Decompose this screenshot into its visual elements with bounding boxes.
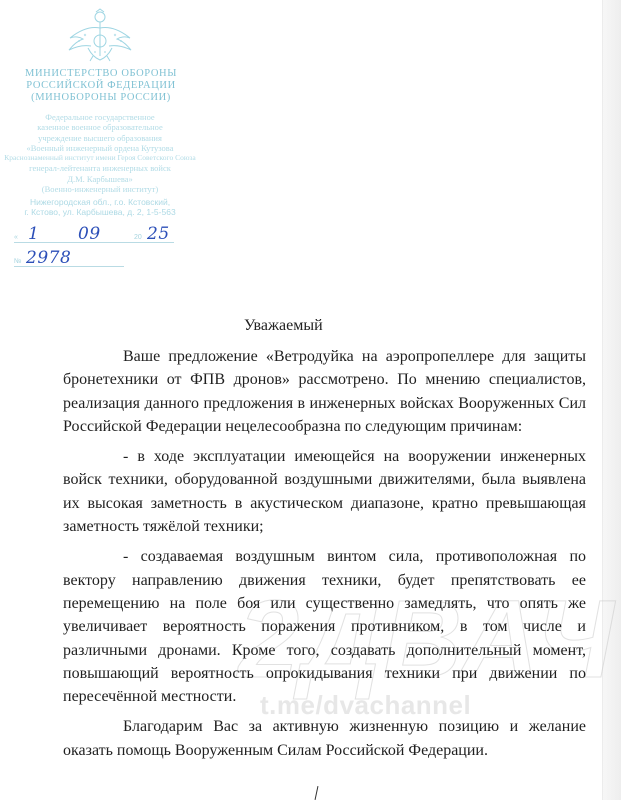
letter-body: Ваше предложение «Ветродуйка на аэропроп… xyxy=(63,345,586,762)
institution-line: Краснознаменный институт имени Героя Сов… xyxy=(0,153,200,163)
pen-mark xyxy=(315,786,319,800)
institution-name: Федеральное государственное казенное вое… xyxy=(0,112,200,194)
number-sign-label: № xyxy=(14,258,22,265)
institution-line: Д.М. Карбышева» xyxy=(0,174,200,184)
document-page: МИНИСТЕРСТВО ОБОРОНЫ РОССИЙСКОЙ ФЕДЕРАЦИ… xyxy=(0,0,621,800)
registration-number-field: № 2978 xyxy=(14,246,124,267)
paragraph-proposal-reviewed: Ваше предложение «Ветродуйка на аэропроп… xyxy=(63,345,586,438)
institution-address: Нижегородская обл., г.о. Кстовский, г. К… xyxy=(0,197,200,217)
address-line: Нижегородская обл., г.о. Кстовский, xyxy=(0,197,200,207)
ministry-line: МИНИСТЕРСТВО ОБОРОНЫ xyxy=(6,68,196,80)
paragraph-reason-acoustic: - в ходе эксплуатации имеющейся на воору… xyxy=(63,445,586,538)
institution-line: «Военный инженерный ордена Кутузова xyxy=(0,143,200,153)
date-quote-label: « xyxy=(14,234,18,241)
ministry-line: РОССИЙСКОЙ ФЕДЕРАЦИИ xyxy=(6,80,196,92)
ministry-name: МИНИСТЕРСТВО ОБОРОНЫ РОССИЙСКОЙ ФЕДЕРАЦИ… xyxy=(6,68,196,104)
institution-line: Федеральное государственное xyxy=(0,112,200,122)
year-prefix-label: 20 xyxy=(134,234,142,241)
institution-line: (Военно-инженерный институт) xyxy=(0,184,200,194)
institution-line: генерал-лейтенанта инженерных войск xyxy=(0,163,200,173)
ministry-line: (МИНОБОРОНЫ РОССИИ) xyxy=(6,92,196,104)
handwritten-day: 1 xyxy=(28,224,39,244)
handwritten-year: 25 xyxy=(147,224,170,244)
paragraph-thanks: Благодарим Вас за активную жизненную поз… xyxy=(63,715,586,762)
handwritten-number: 2978 xyxy=(26,248,71,268)
address-line: г. Кстово, ул. Карбышева, д. 2, 1-5-563 xyxy=(0,207,200,217)
double-headed-eagle-emblem-icon xyxy=(55,8,145,63)
institution-line: учреждение высшего образования xyxy=(0,133,200,143)
registration-date-field: « 1 09 20 25 xyxy=(14,222,174,243)
institution-line: казенное военное образовательное xyxy=(0,122,200,132)
paragraph-reason-thrust: - создаваемая воздушным винтом сила, про… xyxy=(63,545,586,708)
page-edge-shadow xyxy=(602,0,621,800)
salutation: Уважаемый xyxy=(244,316,323,336)
handwritten-month: 09 xyxy=(78,224,101,244)
